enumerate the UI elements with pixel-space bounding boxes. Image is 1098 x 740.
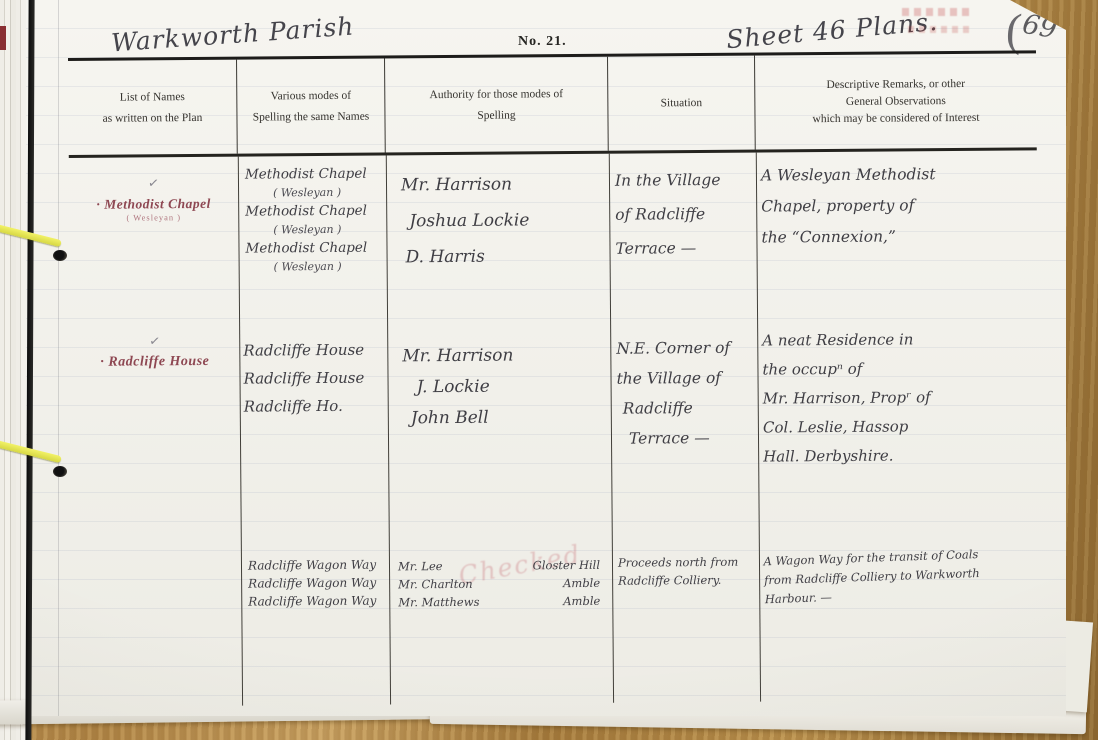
col-header-situation: Situation bbox=[608, 56, 756, 151]
row3-remarks: A Wagon Way for the transit of Coals fro… bbox=[763, 543, 1053, 610]
row2-situation: N.E. Corner of the Village of Radcliffe … bbox=[616, 333, 759, 454]
page-margin-line bbox=[58, 0, 59, 716]
row1-spelling: Methodist Chapel ( Wesleyan ) Methodist … bbox=[245, 163, 392, 275]
column-divider bbox=[609, 154, 614, 703]
col-header-authority: Authority for those modes of Spelling bbox=[385, 57, 609, 153]
row3-situation: Proceeds north from Radcliffe Colliery. bbox=[618, 553, 764, 590]
row3-spelling: Radcliffe Wagon Way Radcliffe Wagon Way … bbox=[248, 555, 398, 610]
parish-title: Warkworth Parish bbox=[110, 12, 355, 58]
col-header-remarks: Descriptive Remarks, or other General Ob… bbox=[755, 53, 1037, 149]
document-page: Warkworth Parish No. 21. Sheet 46 Plans.… bbox=[26, 0, 1066, 716]
row2-authority: Mr. Harrison J. Lockie John Bell bbox=[402, 340, 609, 435]
row1-authority: Mr. Harrison Joshua Lockie D. Harris bbox=[401, 166, 608, 276]
row2-name-stamp: ✓ Radcliffe House bbox=[70, 333, 239, 371]
authority-entry: Mr. Charlton Amble bbox=[398, 574, 600, 594]
punch-hole bbox=[53, 250, 67, 261]
table-header-row: List of Names as written on the Plan Var… bbox=[68, 53, 1037, 158]
col-header-spelling-modes: Various modes of Spelling the same Names bbox=[237, 59, 386, 154]
column-divider bbox=[238, 157, 243, 706]
red-stamp-remnant bbox=[902, 6, 974, 38]
row1-remarks: A Wesleyan Methodist Chapel, property of… bbox=[761, 158, 1038, 253]
names-table: List of Names as written on the Plan Var… bbox=[68, 50, 1041, 707]
col-header-names: List of Names as written on the Plan bbox=[68, 60, 238, 155]
red-tab-marker bbox=[0, 26, 6, 50]
row2-spelling: Radcliffe House Radcliffe House Radcliff… bbox=[243, 335, 394, 420]
paren-mark: ( bbox=[1004, 3, 1023, 57]
authority-entry: Mr. Matthews Amble bbox=[398, 592, 600, 612]
table-body: ✓ Methodist Chapel ( Wesleyan ) Methodis… bbox=[69, 150, 1041, 707]
row3-authority: Mr. Lee Gloster Hill Mr. Charlton Amble … bbox=[398, 556, 600, 612]
form-number: No. 21. bbox=[518, 34, 567, 50]
row2-remarks: A neat Residence in the occupⁿ of Mr. Ha… bbox=[762, 324, 1045, 471]
row1-name-stamp: ✓ Methodist Chapel ( Wesleyan ) bbox=[69, 175, 238, 223]
authority-entry: Mr. Lee Gloster Hill bbox=[398, 556, 600, 576]
punch-hole bbox=[53, 466, 67, 477]
row1-situation: In the Village of Radcliffe Terrace — bbox=[615, 163, 756, 266]
